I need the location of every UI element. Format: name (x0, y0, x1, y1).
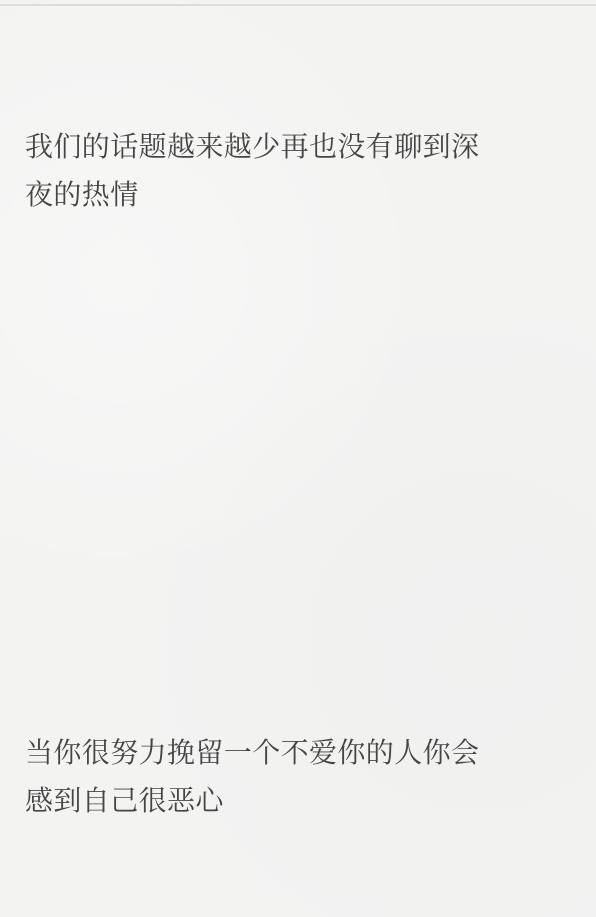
paper-background: 我们的话题越来越少再也没有聊到深 夜的热情 当你很努力挽留一个不爱你的人你会 感… (0, 0, 596, 917)
quote-1-line-2: 夜的热情 (25, 178, 139, 211)
quote-2: 当你很努力挽留一个不爱你的人你会 感到自己很恶心 (25, 729, 585, 825)
quote-1: 我们的话题越来越少再也没有聊到深 夜的热情 (25, 123, 585, 219)
quote-2-line-2: 感到自己很恶心 (25, 784, 224, 817)
quote-1-line-1: 我们的话题越来越少再也没有聊到深 (25, 130, 479, 163)
top-divider (0, 4, 596, 6)
quote-2-line-1: 当你很努力挽留一个不爱你的人你会 (25, 736, 479, 769)
